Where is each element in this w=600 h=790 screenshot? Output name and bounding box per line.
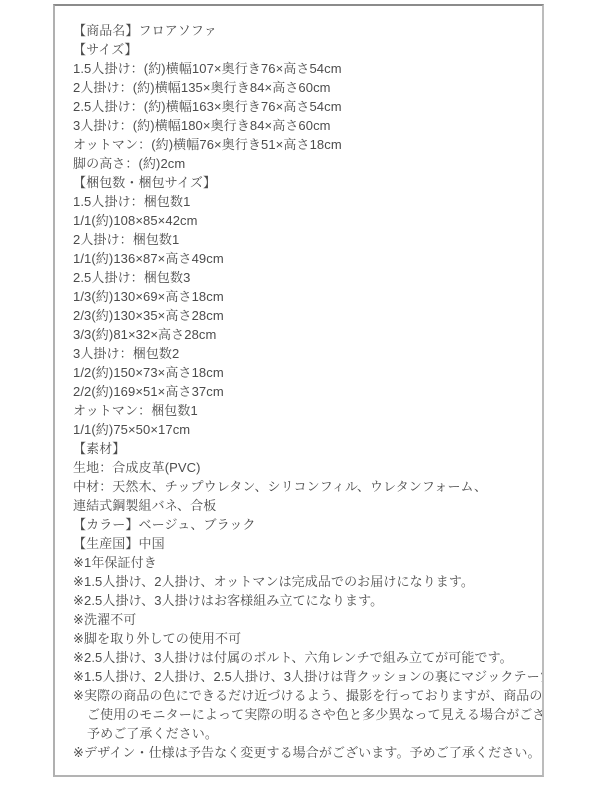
spec-line: 1.5人掛け：梱包数1 [73, 192, 540, 211]
spec-line: 2.5人掛け：梱包数3 [73, 268, 540, 287]
spec-line-product-name: 【商品名】フロアソファ [73, 21, 540, 40]
spec-note: ※1年保証付き [73, 553, 540, 572]
spec-section-heading-size: 【サイズ】 [73, 40, 540, 59]
spec-line: 連結式鋼製組バネ、合板 [73, 496, 540, 515]
spec-section-heading-packaging: 【梱包数・梱包サイズ】 [73, 173, 540, 192]
spec-line: 2/3(約)130×35×高さ28cm [73, 306, 540, 325]
spec-line: 2.5人掛け：(約)横幅163×奥行き76×高さ54cm [73, 97, 540, 116]
spec-note: ※洗濯不可 [73, 610, 540, 629]
spec-note: ※2.5人掛け、3人掛けはお客様組み立てになります。 [73, 591, 540, 610]
spec-line: 2人掛け：(約)横幅135×奥行き84×高さ60cm [73, 78, 540, 97]
spec-note: ※脚を取り外しての使用不可 [73, 629, 540, 648]
spec-line: 1/1(約)75×50×17cm [73, 420, 540, 439]
spec-line: 2人掛け：梱包数1 [73, 230, 540, 249]
spec-note-continuation: ご使用のモニターによって実際の明るさや色と多少異なって見える場合がございます。 [73, 705, 540, 724]
spec-note: ※1.5人掛け、2人掛け、2.5人掛け、3人掛けは背クッションの裏にマジックテー… [73, 667, 540, 686]
spec-line: 1/2(約)150×73×高さ18cm [73, 363, 540, 382]
spec-line: 3人掛け：(約)横幅180×奥行き84×高さ60cm [73, 116, 540, 135]
spec-note-continuation: 予めご了承ください。 [73, 724, 540, 743]
spec-note: ※デザイン・仕様は予告なく変更する場合がございます。予めご了承ください。 [73, 743, 540, 762]
spec-line: 1.5人掛け：(約)横幅107×奥行き76×高さ54cm [73, 59, 540, 78]
spec-line: 1/1(約)108×85×42cm [73, 211, 540, 230]
spec-line: オットマン：梱包数1 [73, 401, 540, 420]
spec-section-heading-material: 【素材】 [73, 439, 540, 458]
spec-note: ※2.5人掛け、3人掛けは付属のボルト、六角レンチで組み立てが可能です。 [73, 648, 540, 667]
spec-line: 1/3(約)130×69×高さ18cm [73, 287, 540, 306]
spec-line: 3人掛け：梱包数2 [73, 344, 540, 363]
spec-note: ※1.5人掛け、2人掛け、オットマンは完成品でのお届けになります。 [73, 572, 540, 591]
spec-line: 脚の高さ：(約)2cm [73, 154, 540, 173]
spec-line: 生地：合成皮革(PVC) [73, 458, 540, 477]
spec-line-country: 【生産国】中国 [73, 534, 540, 553]
spec-line: 1/1(約)136×87×高さ49cm [73, 249, 540, 268]
spec-line: 中材：天然木、チップウレタン、シリコンフィル、ウレタンフォーム、 [73, 477, 540, 496]
spec-line: オットマン：(約)横幅76×奥行き51×高さ18cm [73, 135, 540, 154]
spec-note: ※実際の商品の色にできるだけ近づけるよう、撮影を行っておりますが、商品の色は、 [73, 686, 540, 705]
product-spec-panel: 【商品名】フロアソファ 【サイズ】 1.5人掛け：(約)横幅107×奥行き76×… [53, 4, 544, 777]
spec-line-color: 【カラー】ベージュ、ブラック [73, 515, 540, 534]
spec-line: 3/3(約)81×32×高さ28cm [73, 325, 540, 344]
spec-line: 2/2(約)169×51×高さ37cm [73, 382, 540, 401]
